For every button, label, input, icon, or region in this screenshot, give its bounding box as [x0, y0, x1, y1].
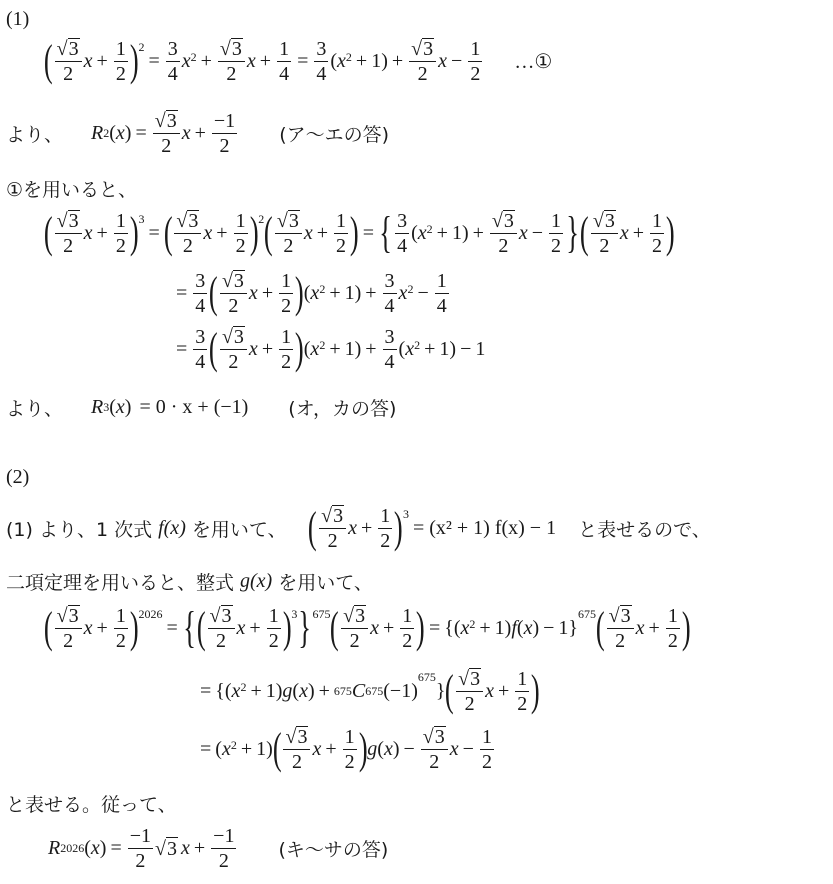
equation-cube-step3: =34 (√32x+12)(x2+1)+ 34(x2+1)−1 — [172, 326, 485, 372]
equation-2026-power: (√32x+12)2026 = {(√32x+12)3}675 (√32x+12… — [44, 605, 690, 651]
equation-square-expansion: ( √32 x+ 12 )2 = 34x2+ √32x+ 14= 34(x2+1… — [44, 38, 552, 84]
part1-label: (1) — [6, 8, 29, 31]
r2-result-line: より、 R2(x)= √32x+ −12 (ア～エの答) — [6, 110, 389, 156]
part2-label: (2) — [6, 466, 29, 489]
r3-result-line: より、 R3(x)= 0 · x + (−1) (オ，カの答) — [6, 394, 396, 421]
equation-cube-expansion: (√32x+12)3 = (√32x+12)2 (√32x+12) = {34(… — [44, 210, 675, 256]
part2-intro-line: (1) より、1 次式 f(x) を用いて、 (√32x+12)3 = (x² … — [6, 505, 711, 551]
use-equation-1-text: ①を用いると、 — [6, 175, 137, 202]
r2026-result-line: R2026(x)= −12√3x+ −12 (キ～サの答) — [48, 826, 388, 871]
part1-label-text: (1) — [6, 8, 29, 31]
r2-prefix: より、 — [6, 120, 63, 147]
equation-2026-step2: ={(x2+1)g(x)+675C675(−1)675} (√32x+12) — [196, 668, 540, 714]
answer-note-o-ka: (オ，カの答) — [288, 394, 396, 421]
binomial-theorem-line: 二項定理を用いると、整式 g(x) を用いて、 — [6, 568, 373, 595]
equation-2026-step3: =(x2+1) (√32x+12)g(x)− √32x−12 — [196, 726, 496, 772]
answer-note-a-e: (ア～エの答) — [279, 120, 389, 147]
answer-note-ki-sa: (キ～サの答) — [278, 835, 388, 862]
equation-tag-1: …① — [514, 49, 552, 74]
equation-cube-step2: =34 (√32x+12)(x2+1)+ 34x2−14 — [172, 270, 451, 316]
conclusion-text: と表せる。従って、 — [6, 790, 177, 817]
